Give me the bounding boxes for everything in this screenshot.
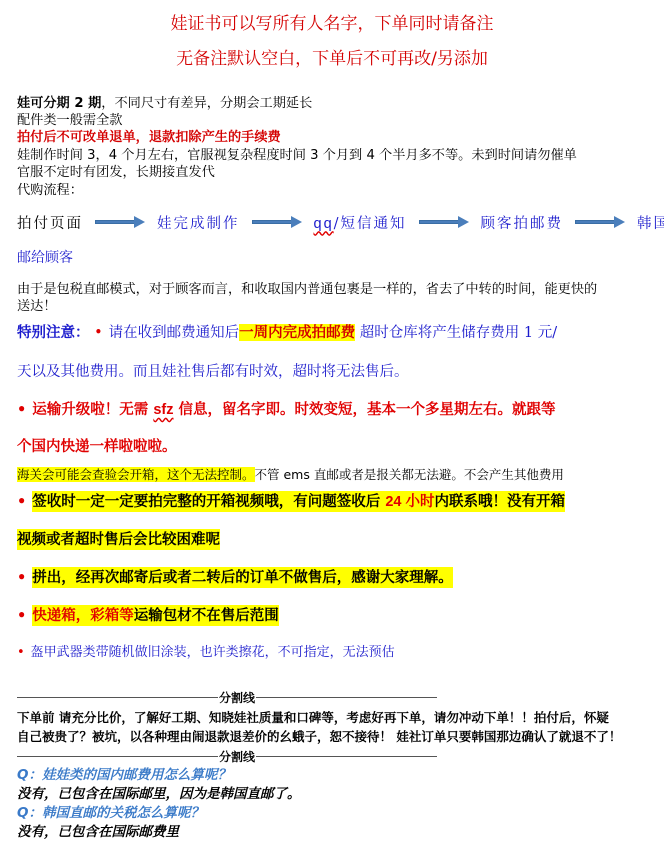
unboxing-note: •签收时一定一定要拍完整的开箱视频哦，有问题签收后 24 小时内联系哦！没有开箱	[17, 489, 565, 515]
accessories-note: 配件类一般需全款	[17, 113, 123, 129]
shipping-upgrade-line2: 个国内快递一样啦啦啦。	[17, 437, 177, 457]
pre-order-line2: 自己被贵了？被坑，以各种理由闹退款退差价的幺蛾子，恕不接待！ 娃社订单只要韩国那…	[17, 729, 621, 745]
qq-text: qq	[314, 216, 334, 232]
right-arrow-icon	[95, 217, 145, 227]
sfz-text: sfz	[153, 402, 173, 418]
special-notice-line2: 天以及其他费用。而且娃社售后都有时效，超时将无法售后。	[17, 362, 409, 382]
flow-continuation: 邮给顾客	[17, 250, 73, 266]
flow-step-doll-complete: 娃完成制作	[157, 212, 240, 233]
title-line-1: 娃证书可以写所有人名字，下单同时请备注	[0, 9, 664, 34]
production-time-note: 娃制作时间 3，4 个月左右，官服视复杂程度时间 3 个月到 4 个半月多不等。…	[17, 148, 577, 164]
no-refund-warning: 拍付后不可改单退单，退款扣除产生的手续费	[17, 130, 281, 146]
right-arrow-icon	[252, 217, 302, 227]
one-week-highlight: 一周内完成拍邮费	[239, 324, 355, 341]
resale-note: •拼出，经再次邮寄后或者二转后的订单不做售后，感谢大家理解。	[17, 565, 453, 591]
flow-step-pay-page: 拍付页面	[17, 212, 83, 233]
process-flow: 拍付页面 娃完成制作 qq/短信通知 顾客拍邮费 韩国直	[17, 210, 664, 234]
right-arrow-icon	[419, 217, 469, 227]
tax-note-line2: 送达！	[17, 299, 57, 315]
armor-note: •盔甲武器类带随机做旧涂装，也许类擦花，不可指定，无法预估	[17, 645, 395, 661]
customs-note: 海关会可能会查验会开箱，这个无法控制。不管 ems 直邮或者是报关都无法避。不会…	[17, 467, 564, 483]
faq-answer-1: 没有，已包含在国际邮里，因为是韩国直邮了。	[17, 786, 301, 802]
installment-rest: ，不同尺寸有差异，分期会工期延长	[101, 96, 312, 111]
bullet-icon: •	[17, 603, 26, 629]
faq-question-1: Q：娃娃类的国内邮费用怎么算呢？	[17, 767, 231, 783]
pre-order-line1: 下单前 请充分比价，了解好工期、知晓娃社质量和口碑等，考虑好再下单，请勿冲动下单…	[17, 710, 609, 726]
special-notice-label: 特别注意：	[17, 324, 90, 341]
customs-highlight: 海关会可能会查验会开箱，这个无法控制。	[17, 467, 255, 482]
packaging-note: •快递箱，彩箱等运输包材不在售后范围	[17, 603, 279, 629]
flow-step-pay-shipping: 顾客拍邮费	[481, 212, 564, 233]
bullet-icon: •	[17, 645, 25, 661]
special-notice: 特别注意： •请在收到邮费通知后一周内完成拍邮费 超时仓库将产生储存费用 1 元…	[17, 323, 557, 343]
divider-bottom: 分割线	[17, 748, 437, 765]
faq-answer-2: 没有，已包含在国际邮费里	[17, 824, 179, 840]
bullet-icon: •	[17, 400, 26, 420]
right-arrow-icon	[575, 217, 625, 227]
bullet-icon: •	[17, 489, 26, 515]
installment-bold: 娃可分期 2 期	[17, 96, 101, 111]
flow-step-korea-direct: 韩国直	[637, 212, 664, 233]
tax-note-line1: 由于是包税直邮模式，对于顾客而言，和收取国内普通包裹是一样的，省去了中转的时间，…	[17, 282, 597, 298]
unboxing-note-line2: 视频或者超时售后会比较困难呢	[17, 527, 220, 553]
title-line-2: 无备注默认空白，下单后不可再改/另添加	[0, 44, 664, 69]
shipping-upgrade: •运输升级啦！无需 sfz 信息，留名字即。时效变短，基本一个多星期左右。就跟等	[17, 400, 556, 420]
24-hours-text: 24 小时	[385, 494, 434, 510]
process-label: 代购流程：	[17, 183, 83, 199]
faq-question-2: Q：韩国直邮的关税怎么算呢？	[17, 805, 204, 821]
group-buy-note: 官服不定时有团发，长期接直发代	[17, 165, 215, 181]
installment-note: 娃可分期 2 期，不同尺寸有差异，分期会工期延长	[17, 96, 312, 112]
bullet-icon: •	[94, 323, 103, 343]
bullet-icon: •	[17, 565, 26, 591]
flow-step-notify: qq/短信通知	[314, 212, 407, 233]
divider-top: 分割线	[17, 689, 437, 706]
